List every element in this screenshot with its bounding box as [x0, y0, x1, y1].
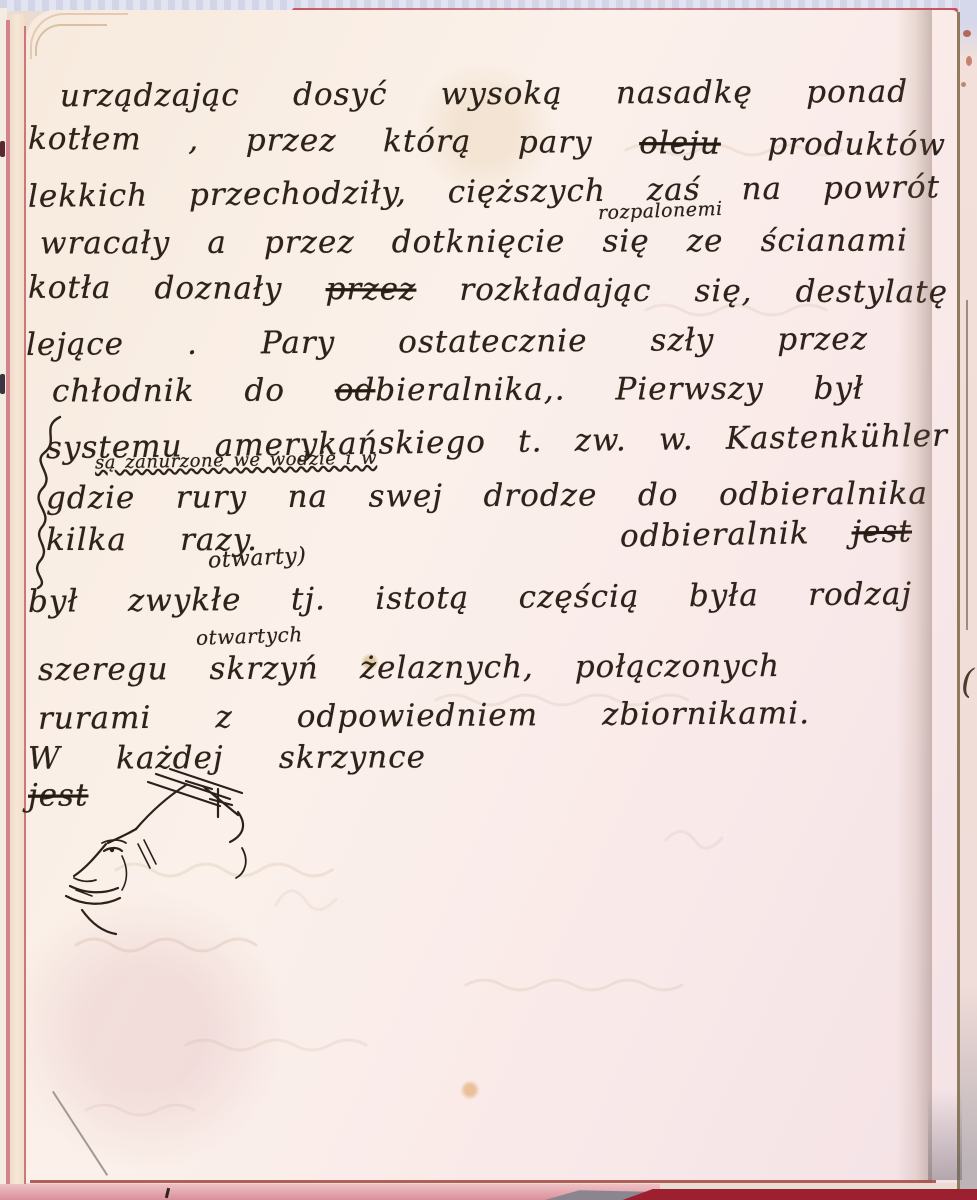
line-text: wracały a przez dotknięcie się ze ściana… [40, 222, 908, 261]
handwriting-line-7: chłodnik do odbieralnika,. Pierwszy był [52, 371, 864, 411]
insertion-text: są zanurzone we wodzie i w [95, 448, 377, 474]
handwriting-line-4: wracały a przez dotknięcie się ze ściana… [40, 222, 908, 262]
rust-stain [963, 30, 971, 37]
handwriting-line-6: lejące . Pary ostatecznie szły przez [26, 321, 868, 364]
page-bottom-edge-line [30, 1180, 936, 1183]
line-text: urządzając dosyć wysoką nasadkę ponad [60, 74, 908, 114]
rust-stain [961, 82, 966, 87]
line-text: gdzie rury na swej drodze do odbieralnik… [46, 476, 928, 517]
insertion-text: otwarty) [207, 543, 307, 573]
notebook-page: urządzając dosyć wysoką nasadkę ponad ko… [26, 10, 958, 1183]
line-text: kotłem , przez którą pary [28, 121, 640, 161]
handwriting-line-11: był zwykłe tj. istotą częścią była rodza… [28, 576, 912, 621]
struck-word: przez [326, 271, 417, 307]
handwriting-line-2: kotłem , przez którą pary oleju produktó… [28, 121, 946, 165]
line-text: kotła doznały [28, 270, 326, 308]
insertion-text: rozpalonemi [598, 198, 723, 224]
binding-ink-mark [0, 374, 5, 394]
cover-bottom-red-band [600, 1189, 977, 1200]
interline-insertion-otwarty: otwarty) [207, 543, 307, 575]
handwriting-line-5: kotła doznały przez rozkładając się, des… [28, 270, 948, 312]
handwriting-line-9: gdzie rury na swej drodze do odbieralnik… [46, 476, 928, 518]
rust-stain [966, 56, 972, 66]
handwriting-line-10-right: odbieralnik jest [620, 513, 913, 555]
handwriting-line-12: szeregu skrzyń żelaznych, połączonych [38, 648, 780, 689]
interline-insertion-rozpalonemi: rozpalonemi [598, 198, 723, 225]
line-text: rozkładając się, destylatę [416, 272, 948, 311]
struck-word: od [335, 372, 376, 408]
line-text: chłodnik do [52, 372, 335, 409]
right-edge-crease [966, 300, 968, 630]
margin-brace [28, 414, 68, 604]
struck-word: oleju [639, 125, 721, 162]
line-text: bieralnika,. Pierwszy był [375, 371, 864, 409]
face-profile-ink-sketch [52, 758, 282, 963]
handwriting-line-13: rurami z odpowiedniem zbiornikami. [38, 695, 810, 738]
insertion-text: otwartych [196, 622, 303, 650]
line-text: rurami z odpowiedniem zbiornikami. [38, 695, 810, 736]
next-page-edge [960, 0, 977, 1200]
line-text: był zwykłe tj. istotą częścią była rodza… [28, 576, 912, 620]
right-edge-smudge [928, 1090, 962, 1180]
line-text: lejące . Pary ostatecznie szły przez [26, 321, 868, 363]
handwriting-line-1: urządzając dosyć wysoką nasadkę ponad [60, 74, 908, 116]
page-curve-shadow [896, 10, 932, 1183]
right-margin-mark: ( [961, 662, 974, 702]
line-text: szeregu skrzyń żelaznych, połączonych [38, 648, 780, 688]
interline-insertion-otwartych: otwartych [196, 622, 303, 650]
scanned-notebook-page: urządzając dosyć wysoką nasadkę ponad ko… [0, 0, 977, 1200]
line-text: odbieralnik [620, 515, 852, 555]
binding-ink-mark [0, 141, 5, 157]
